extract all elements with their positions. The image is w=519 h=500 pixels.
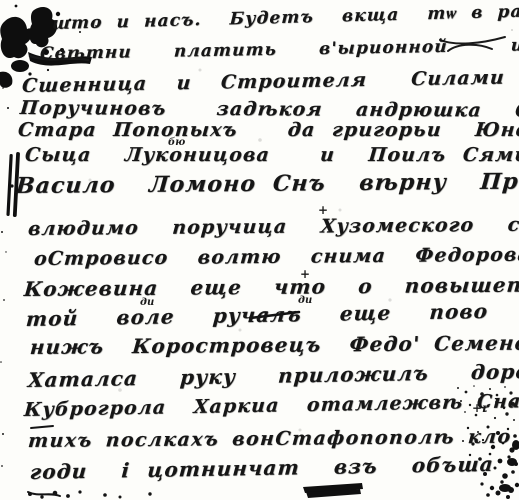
bottom-scribble — [303, 483, 363, 498]
manuscript-line-2: Свѣтни платить в'ырионной ихъ пои — [40, 36, 519, 63]
overbar-mark — [31, 426, 53, 428]
manuscript-line-6: Сыца Луконицова и Поилъ Сямыцав Ват — [24, 146, 519, 165]
cross-mark-2: + — [300, 268, 310, 280]
manuscript-line-7: Васило Ломоно Снъ вѣрну Приложилъ — [15, 169, 519, 197]
manuscript-line-8: влюдимо поручица Хузомеского стану — [27, 215, 519, 239]
superscript-mark-1: бю — [168, 138, 185, 148]
manuscript-line-15: тихъ послкахъ вонСтафопополѣ кло фри — [27, 427, 519, 451]
manuscript-page: што и насъ. Будетъ вкща тѡ в рандся денг… — [0, 0, 519, 500]
manuscript-line-9: оСтровисо волтю снима Федорова Сына — [33, 245, 519, 269]
cross-mark-3: +ı — [472, 402, 487, 414]
superscript-mark-2: ди — [140, 298, 154, 308]
manuscript-line-4: Поручиновъ задѣкоя андрюшка Сна — [19, 99, 519, 121]
manuscript-line-10: Кожевина еще что о повышеписаной — [23, 274, 519, 299]
manuscript-line-3: Сшенница и Строителя Силами Вмѣсто — [21, 66, 519, 96]
manuscript-line-14: Куброгрола Харкиа отамлежвѣ Сна шо — [23, 391, 519, 420]
superscript-mark-3: ди — [298, 296, 312, 306]
cross-mark-1: + — [318, 204, 328, 216]
manuscript-line-12: нижъ Коростровецъ Федо' Семено Сынъ — [29, 332, 519, 357]
manuscript-line-16: годи і цотнинчат взъ объша писа — [29, 452, 519, 482]
cutoff-line-fragments — [28, 491, 151, 498]
manuscript-line-1: што и насъ. Будетъ вкща тѡ в рандся денг… — [52, 0, 519, 33]
manuscript-line-5: Стара Попопыхъ да григорьи Юнела — [17, 121, 519, 140]
manuscript-line-11: той воле ручалъ еще пово всѣхъ — [25, 299, 519, 329]
manuscript-line-13: Хаталса руку приложилъ дорожи — [27, 360, 519, 390]
